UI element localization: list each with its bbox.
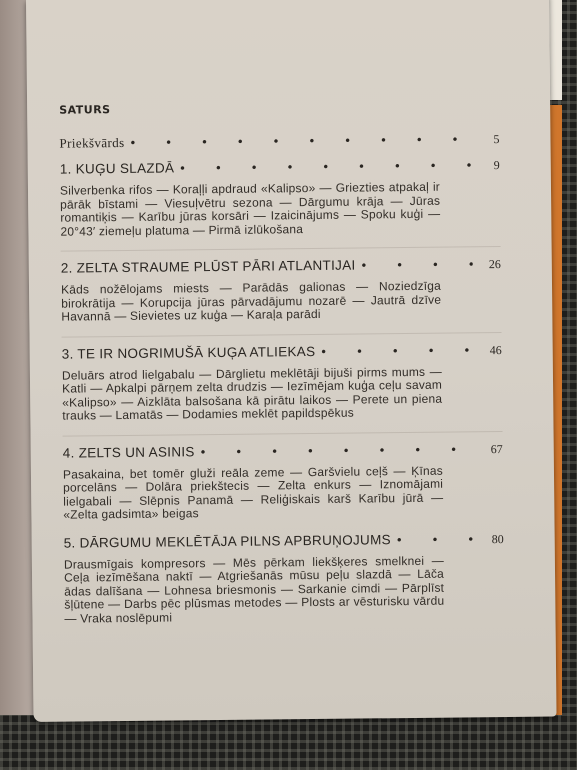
chapter-description: Silverbenka rifos — Koraļļi apdraud «Kal…	[60, 181, 441, 239]
chapter-description: Drausmīgais kompresors — Mēs pērkam liek…	[64, 554, 445, 625]
divider	[62, 332, 502, 338]
dot-leader: • • • • • • • • • • • • • • • • • • • • …	[321, 341, 473, 360]
chapter-page: 26	[479, 256, 501, 273]
toc-title: SATURS	[59, 99, 499, 117]
divider	[61, 246, 501, 252]
toc-entry-chapter-1: 1. KUĢU SLAZDĀ • • • • • • • • • • • • •…	[60, 156, 500, 179]
dot-leader: • • • • • • • • • • • • • • • • • • • • …	[361, 255, 472, 273]
chapter-page: 46	[480, 342, 502, 359]
chapter-title: 2. ZELTA STRAUME PLŪST PĀRI ATLANTIJAI	[61, 257, 356, 277]
chapter-page: 67	[481, 441, 503, 458]
toc-entry-chapter-2: 2. ZELTA STRAUME PLŪST PĀRI ATLANTIJAI •…	[61, 255, 501, 278]
toc-entry-chapter-3: 3. TE IR NOGRIMUŠĀ KUĢA ATLIEKAS • • • •…	[62, 341, 502, 364]
chapter-page: 80	[482, 531, 504, 548]
chapter-description: Deluārs atrod lielgabalu — Dārglietu mek…	[62, 365, 443, 423]
chapter-description: Kāds nožēlojams miests — Parādās galiona…	[61, 280, 441, 324]
book-page: SATURS Priekšvārds • • • • • • • • • • •…	[26, 0, 557, 722]
chapter-page: 9	[478, 157, 500, 174]
dot-leader: • • • • • • • • • • • • • • • • • • • • …	[201, 440, 475, 460]
toc-entry-chapter-5: 5. DĀRGUMU MEKLĒTĀJA PILNS APBRUŅOJUMS •…	[64, 530, 504, 553]
chapter-title: 4. ZELTS UN ASINIS	[63, 443, 195, 461]
entry-label: Priekšvārds	[59, 134, 124, 152]
dot-leader: • • • • • • • • • • • • • • • • • • • • …	[180, 156, 472, 176]
dot-leader: • • • • • • • • • • • • • • • • • • • • …	[397, 530, 476, 548]
book-spine-white	[548, 0, 562, 100]
chapter-description: Pasakaina, bet tomēr gluži reāla zeme — …	[63, 464, 444, 522]
table-of-contents: SATURS Priekšvārds • • • • • • • • • • •…	[59, 99, 505, 638]
entry-page: 5	[477, 131, 499, 148]
chapter-title: 3. TE IR NOGRIMUŠĀ KUĢA ATLIEKAS	[62, 342, 316, 362]
toc-entry-chapter-4: 4. ZELTS UN ASINIS • • • • • • • • • • •…	[63, 440, 503, 463]
chapter-title: 5. DĀRGUMU MEKLĒTĀJA PILNS APBRUŅOJUMS	[64, 531, 391, 551]
toc-entry-foreword: Priekšvārds • • • • • • • • • • • • • • …	[59, 130, 499, 153]
dot-leader: • • • • • • • • • • • • • • • • • • • • …	[130, 130, 471, 151]
chapter-title: 1. KUĢU SLAZDĀ	[60, 159, 175, 177]
divider	[63, 431, 503, 437]
